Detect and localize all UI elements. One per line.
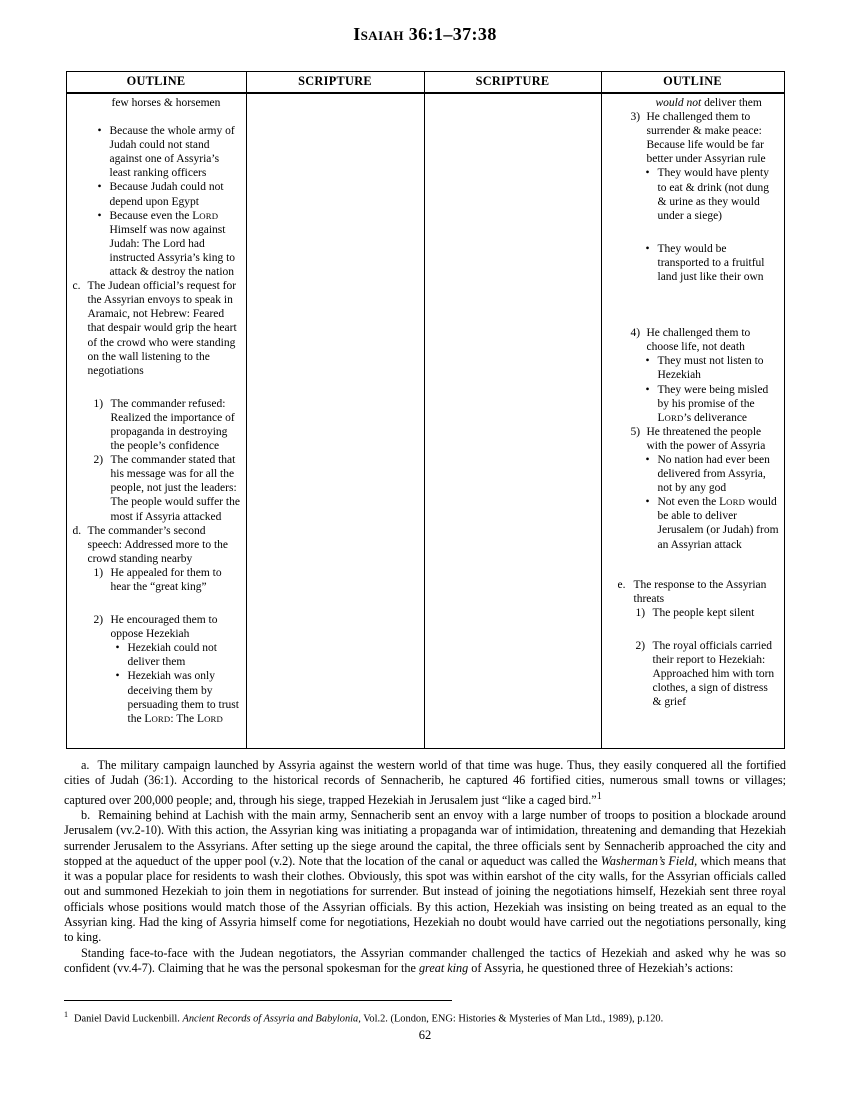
paragraph-letter: b.	[81, 808, 98, 822]
outline-item: • No nation had ever been delivered from…	[646, 453, 780, 495]
outline-item-marker: 5)	[631, 425, 647, 439]
outline-item: • Because Judah could not depend upon Eg…	[98, 180, 242, 208]
outline-item-marker: •	[98, 124, 110, 138]
outline-item-text: would not deliver them	[656, 96, 780, 110]
outline-item: • Not even the LORD would be able to del…	[646, 495, 780, 551]
outline-item: 1) The commander refused: Realized the i…	[94, 397, 242, 453]
outline-item-marker: 1)	[94, 566, 111, 580]
outline-item: 5) He threatened the people with the pow…	[631, 425, 780, 453]
outline-item: • Because the whole army of Judah could …	[98, 124, 242, 180]
paragraph-text: The military campaign launched by Assyri…	[64, 758, 786, 807]
outline-item: 2) He encouraged them to oppose Hezekiah	[94, 613, 242, 641]
outline-item: e. The response to the Assyrian threats	[618, 578, 780, 606]
outline-item-text: Because Judah could not depend upon Egyp…	[110, 180, 242, 208]
outline-item: 1) He appealed for them to hear the “gre…	[94, 566, 242, 594]
outline-item-text: The royal officials carried their report…	[653, 639, 780, 709]
outline-item: • They were being misled by his promise …	[646, 383, 780, 425]
outline-item-text: They were being misled by his promise of…	[658, 383, 780, 425]
footnote: 1Daniel David Luckenbill. Ancient Record…	[64, 1008, 786, 1025]
outline-item-text: The commander stated that his message wa…	[111, 453, 242, 523]
outline-item-text: They would have plenty to eat & drink (n…	[658, 166, 780, 222]
outline-item-text: He appealed for them to hear the “great …	[111, 566, 242, 594]
outline-item-text: The commander refused: Realized the impo…	[111, 397, 242, 453]
outline-item-marker: 2)	[636, 639, 653, 653]
paragraph-text: Remaining behind at Lachish with the mai…	[64, 808, 786, 944]
page-title: Isaiah 36:1–37:38	[0, 24, 850, 45]
outline-item-text: Hezekiah was only deceiving them by pers…	[128, 669, 242, 725]
page-number: 62	[64, 1028, 786, 1043]
outline-scripture-table: OUTLINE SCRIPTURE SCRIPTURE OUTLINE few …	[66, 71, 785, 749]
outline-item-marker: •	[646, 495, 658, 509]
outline-item-text: They would be transported to a fruitful …	[658, 242, 780, 284]
paragraph-letter: a.	[81, 758, 97, 772]
outline-item: 4) He challenged them to choose life, no…	[631, 326, 780, 354]
outline-item-marker: •	[116, 641, 128, 655]
column-header-outline-left: OUTLINE	[66, 72, 246, 94]
outline-item-marker: 1)	[636, 606, 653, 620]
commentary-paragraph: Standing face-to-face with the Judean ne…	[64, 946, 786, 977]
outline-column-right: would not deliver them 3) He challenged …	[601, 93, 784, 749]
footnote-area: 1Daniel David Luckenbill. Ancient Record…	[64, 1000, 786, 1042]
outline-item-text: The Judean official’s request for the As…	[88, 279, 242, 378]
outline-item-text: He threatened the people with the power …	[647, 425, 780, 453]
outline-item: would not deliver them	[656, 96, 780, 110]
outline-item-marker: 4)	[631, 326, 647, 340]
outline-item-text: Hezekiah could not deliver them	[128, 641, 242, 669]
document-page: Isaiah 36:1–37:38 OUTLINE SCRIPTURE SCRI…	[0, 0, 850, 1100]
outline-column-left: few horses & horsemen • Because the whol…	[66, 93, 246, 749]
column-header-scripture-2: SCRIPTURE	[424, 72, 601, 94]
outline-item-marker: •	[116, 669, 128, 683]
footnote-separator	[64, 1000, 452, 1001]
outline-item-marker: •	[646, 453, 658, 467]
outline-item: • Because even the LORD Himself was now …	[98, 209, 242, 279]
outline-item-marker: •	[646, 354, 658, 368]
outline-item: 3) He challenged them to surrender & mak…	[631, 110, 780, 166]
commentary-paragraph: b.Remaining behind at Lachish with the m…	[64, 808, 786, 946]
outline-item: • They would be transported to a fruitfu…	[646, 242, 780, 284]
outline-item-marker: 2)	[94, 453, 111, 467]
footnote-text: Daniel David Luckenbill. Ancient Records…	[74, 1014, 663, 1025]
outline-item-text: few horses & horsemen	[112, 96, 242, 110]
outline-item: • Hezekiah could not deliver them	[116, 641, 242, 669]
outline-item-marker: 3)	[631, 110, 647, 124]
outline-item: • They would have plenty to eat & drink …	[646, 166, 780, 222]
outline-item: d. The commander’s second speech: Addres…	[73, 524, 242, 566]
outline-item-text: The people kept silent	[653, 606, 780, 620]
outline-item-text: They must not listen to Hezekiah	[658, 354, 780, 382]
outline-item-marker: d.	[73, 524, 88, 538]
outline-item-text: The commander’s second speech: Addressed…	[88, 524, 242, 566]
outline-item: 2) The royal officials carried their rep…	[636, 639, 780, 709]
column-header-scripture-1: SCRIPTURE	[246, 72, 424, 94]
outline-item: • They must not listen to Hezekiah	[646, 354, 780, 382]
outline-item-marker: •	[646, 166, 658, 180]
outline-item-text: Not even the LORD would be able to deliv…	[658, 495, 780, 551]
outline-item-marker: e.	[618, 578, 634, 592]
commentary-section: a.The military campaign launched by Assy…	[64, 758, 786, 976]
outline-item-marker: •	[98, 180, 110, 194]
outline-item-text: He challenged them to choose life, not d…	[647, 326, 780, 354]
column-header-outline-right: OUTLINE	[601, 72, 784, 94]
commentary-paragraph: a.The military campaign launched by Assy…	[64, 758, 786, 808]
outline-item-text: No nation had ever been delivered from A…	[658, 453, 780, 495]
outline-item-text: He encouraged them to oppose Hezekiah	[111, 613, 242, 641]
outline-item-marker: 1)	[94, 397, 111, 411]
outline-item: c. The Judean official’s request for the…	[73, 279, 242, 378]
outline-item-marker: •	[98, 209, 110, 223]
outline-item-text: The response to the Assyrian threats	[634, 578, 780, 606]
paragraph-text: Standing face-to-face with the Judean ne…	[64, 946, 786, 975]
outline-item-text: Because even the LORD Himself was now ag…	[110, 209, 242, 279]
footnote-number: 1	[64, 1010, 74, 1019]
outline-item-marker: •	[646, 242, 658, 256]
outline-item-text: He challenged them to surrender & make p…	[647, 110, 780, 166]
scripture-column-2	[424, 93, 601, 749]
outline-item: 2) The commander stated that his message…	[94, 453, 242, 523]
outline-item-marker: •	[646, 383, 658, 397]
outline-item: few horses & horsemen	[112, 96, 242, 110]
outline-item-marker: 2)	[94, 613, 111, 627]
table-header-row: OUTLINE SCRIPTURE SCRIPTURE OUTLINE	[66, 72, 784, 94]
scripture-column-1	[246, 93, 424, 749]
table-body-row: few horses & horsemen • Because the whol…	[66, 93, 784, 749]
outline-item-marker: c.	[73, 279, 88, 293]
outline-item: 1) The people kept silent	[636, 606, 780, 620]
outline-item-text: Because the whole army of Judah could no…	[110, 124, 242, 180]
outline-item: • Hezekiah was only deceiving them by pe…	[116, 669, 242, 725]
